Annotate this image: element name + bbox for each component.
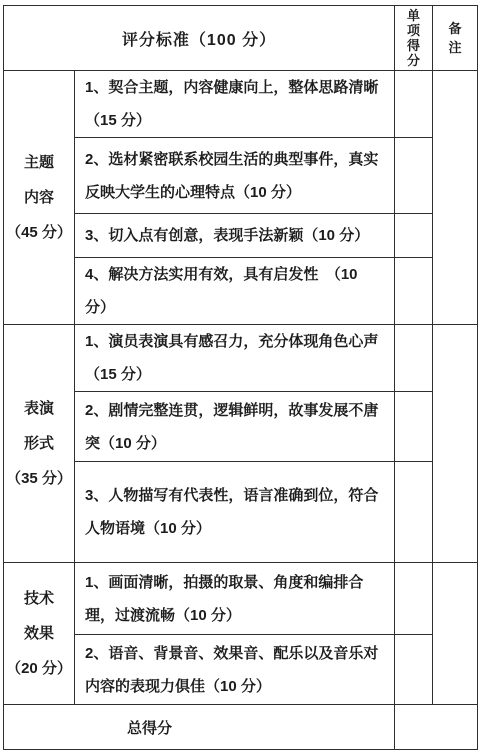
remark-entry-cell (433, 71, 478, 325)
score-entry-cell (395, 462, 433, 563)
remark-entry-cell (433, 325, 478, 563)
score-entry-cell (395, 325, 433, 392)
category-cell-technical-effect: 技术 效果 （20 分） (4, 563, 75, 705)
score-column-header: 单 项 得 分 (395, 6, 433, 71)
remark-column-header: 备 注 (433, 6, 478, 71)
criterion-cell-2-3: 3、人物描写有代表性，语言准确到位，符合人物语境（10 分） (75, 462, 395, 563)
table-header-title: 评分标准（100 分） (4, 6, 395, 71)
total-score-entry-cell (395, 705, 478, 750)
scoring-sheet: 评分标准（100 分） 单 项 得 分 备 注 主题 内容 （45 分） 1、契… (3, 5, 478, 750)
score-entry-cell (395, 71, 433, 138)
criterion-cell-1-3: 3、切入点有创意，表现手法新颖（10 分） (75, 214, 395, 258)
criterion-cell-1-4: 4、解决方法实用有效，具有启发性 （10 分） (75, 258, 395, 325)
category-cell-performance-form: 表演 形式 （35 分） (4, 325, 75, 563)
score-entry-cell (395, 258, 433, 325)
criterion-cell-2-2: 2、剧情完整连贯，逻辑鲜明，故事发展不唐突（10 分） (75, 392, 395, 462)
remark-entry-cell (433, 563, 478, 705)
score-entry-cell (395, 138, 433, 214)
category-cell-theme-content: 主题 内容 （45 分） (4, 71, 75, 325)
criterion-cell-3-2: 2、语音、背景音、效果音、配乐以及音乐对内容的表现力俱佳（10 分） (75, 635, 395, 705)
scoring-criteria-table: 评分标准（100 分） 单 项 得 分 备 注 主题 内容 （45 分） 1、契… (3, 5, 478, 750)
criterion-cell-1-1: 1、契合主题，内容健康向上，整体思路清晰（15 分） (75, 71, 395, 138)
score-entry-cell (395, 635, 433, 705)
score-entry-cell (395, 563, 433, 635)
criterion-cell-1-2: 2、选材紧密联系校园生活的典型事件，真实反映大学生的心理特点（10 分） (75, 138, 395, 214)
score-entry-cell (395, 214, 433, 258)
criterion-cell-3-1: 1、画面清晰，拍摄的取景、角度和编排合理，过渡流畅（10 分） (75, 563, 395, 635)
total-score-label: 总得分 (4, 705, 395, 750)
score-entry-cell (395, 392, 433, 462)
criterion-cell-2-1: 1、演员表演具有感召力，充分体现角色心声（15 分） (75, 325, 395, 392)
